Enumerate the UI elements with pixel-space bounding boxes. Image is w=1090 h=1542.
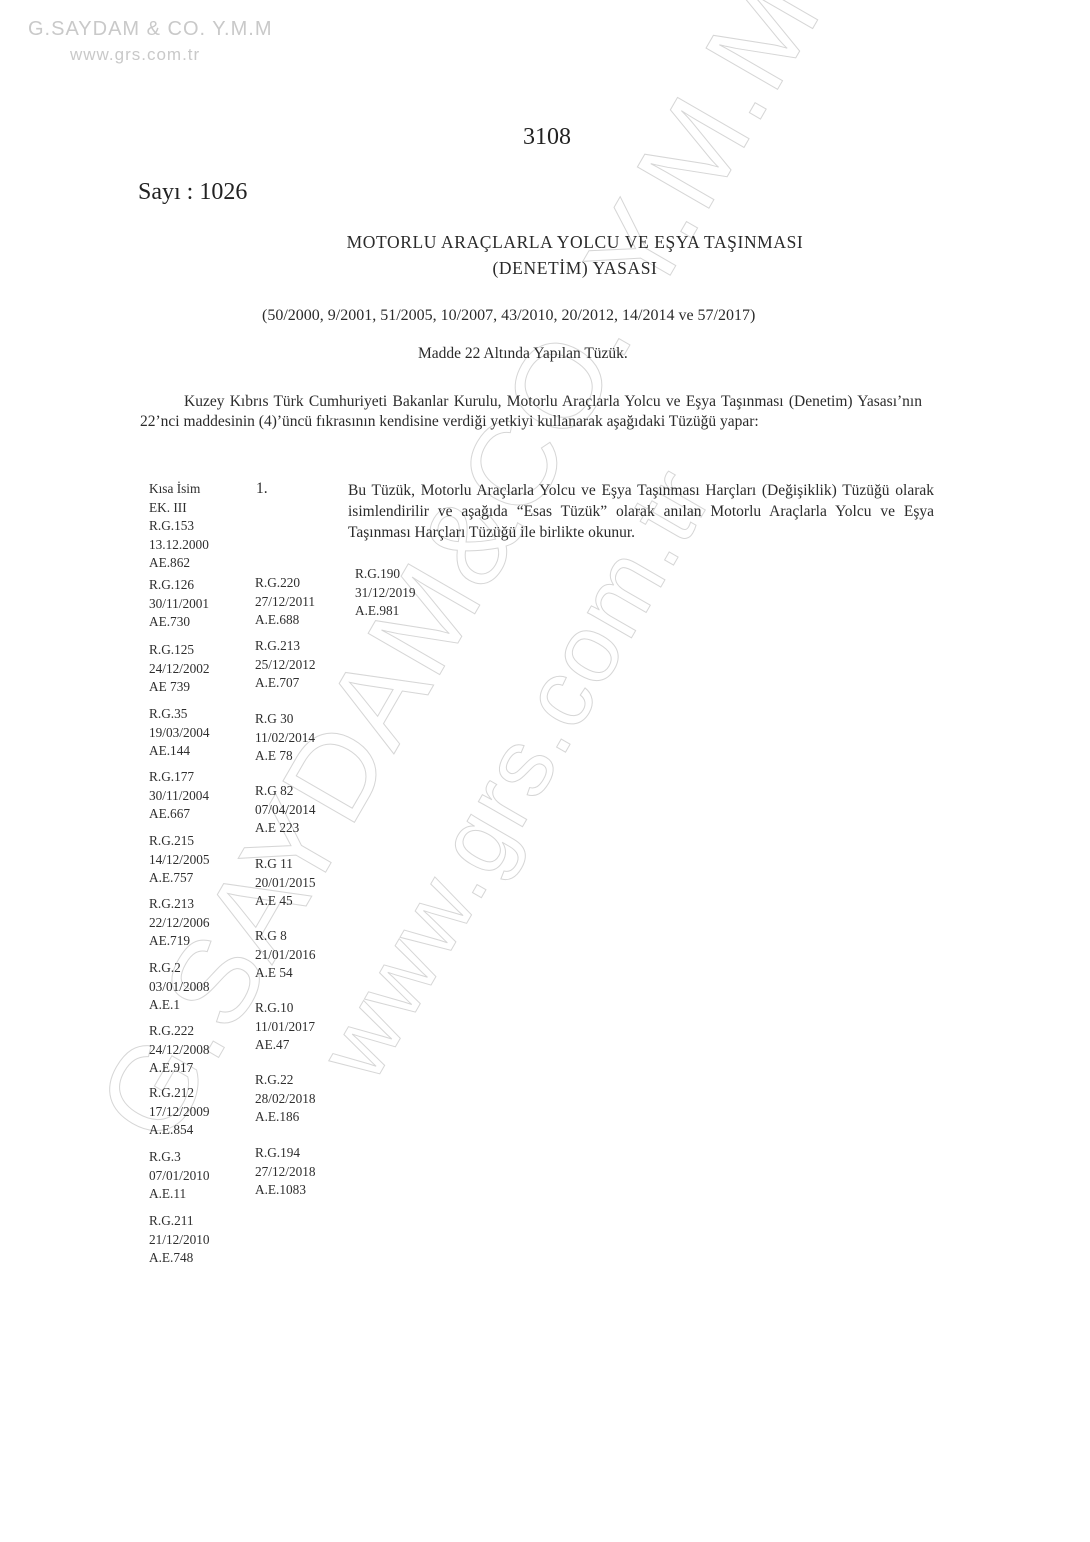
margin-ref-line: 24/12/2008 (149, 1041, 210, 1060)
margin-ref-line: A.E.917 (149, 1059, 210, 1078)
margin-ref: R.G.215 14/12/2005 A.E.757 (149, 832, 210, 888)
margin-ref-line: R.G 11 (255, 855, 316, 874)
page-number: 3108 (523, 124, 571, 151)
margin-ref-line: A.E 223 (255, 819, 316, 838)
watermark-website: www.grs.com.tr (297, 450, 734, 1097)
margin-ref-line: 03/01/2008 (149, 978, 210, 997)
margin-ref: R.G.213 25/12/2012 A.E.707 (255, 637, 316, 693)
margin-ref: R.G 82 07/04/2014 A.E 223 (255, 782, 316, 838)
margin-ref-line: 30/11/2004 (149, 787, 209, 806)
margin-ref: R.G.177 30/11/2004 AE.667 (149, 768, 209, 824)
margin-ref-line: A.E.757 (149, 869, 210, 888)
margin-ref-line: R.G.2 (149, 959, 210, 978)
margin-ref-line: R.G.153 (149, 517, 209, 536)
law-title-line2: (DENETİM) YASASI (30, 258, 1090, 279)
margin-ref-line: R.G.125 (149, 641, 210, 660)
margin-ref-line: R.G 8 (255, 927, 316, 946)
margin-ref-line: R.G 30 (255, 710, 315, 729)
margin-ref-line: 27/12/2018 (255, 1163, 316, 1182)
margin-ref-line: A.E.748 (149, 1249, 210, 1268)
margin-ref-line: R.G.212 (149, 1084, 210, 1103)
margin-ref-line: 17/12/2009 (149, 1103, 210, 1122)
margin-ref-line: AE 739 (149, 678, 210, 697)
margin-ref: R.G.222 24/12/2008 A.E.917 (149, 1022, 210, 1078)
margin-ref: R.G.22 28/02/2018 A.E.186 (255, 1071, 316, 1127)
clause-text: Bu Tüzük, Motorlu Araçlarla Yolcu ve Eşy… (348, 480, 934, 543)
margin-ref-line: 22/12/2006 (149, 914, 210, 933)
margin-ref-line: AE.862 (149, 554, 209, 573)
margin-ref-line: 07/01/2010 (149, 1167, 210, 1186)
margin-ref-line: A.E.854 (149, 1121, 210, 1140)
margin-ref-line: R.G.215 (149, 832, 210, 851)
margin-ref: R.G.126 30/11/2001 AE.730 (149, 576, 209, 632)
margin-ref-line: R.G.126 (149, 576, 209, 595)
margin-ref: R.G.10 11/01/2017 AE.47 (255, 999, 315, 1055)
margin-ref: R.G.3 07/01/2010 A.E.11 (149, 1148, 210, 1204)
margin-ref-line: 27/12/2011 (255, 593, 315, 612)
margin-ref-line: A.E.1 (149, 996, 210, 1015)
margin-ref-line: A.E.981 (355, 602, 416, 621)
margin-ref-line: R.G.213 (255, 637, 316, 656)
margin-ref-line: R.G.22 (255, 1071, 316, 1090)
margin-ref-line: AE.667 (149, 805, 209, 824)
margin-ref-line: 11/01/2017 (255, 1018, 315, 1037)
margin-ref-line: R.G.177 (149, 768, 209, 787)
margin-ref-line: R.G.222 (149, 1022, 210, 1041)
preamble-paragraph: Kuzey Kıbrıs Türk Cumhuriyeti Bakanlar K… (140, 392, 922, 432)
margin-ref-line: 21/12/2010 (149, 1231, 210, 1250)
stamp-website: www.grs.com.tr (70, 45, 200, 65)
margin-ref-line: 07/04/2014 (255, 801, 316, 820)
law-title-line1: MOTORLU ARAÇLARLA YOLCU VE EŞYA TAŞINMAS… (30, 232, 1090, 253)
margin-ref-line: A.E 78 (255, 747, 315, 766)
margin-ref-short-title: Kısa İsim EK. III R.G.153 13.12.2000 AE.… (149, 480, 209, 573)
margin-ref-line: R.G.211 (149, 1212, 210, 1231)
margin-ref-line: AE.47 (255, 1036, 315, 1055)
margin-ref-line: R.G.10 (255, 999, 315, 1018)
margin-ref-line: A.E 45 (255, 892, 316, 911)
margin-ref: R.G.2 03/01/2008 A.E.1 (149, 959, 210, 1015)
margin-ref-line: R.G.3 (149, 1148, 210, 1167)
issue-number: Sayı : 1026 (138, 179, 247, 206)
margin-ref-line: 19/03/2004 (149, 724, 210, 743)
margin-ref: R.G.213 22/12/2006 AE.719 (149, 895, 210, 951)
margin-ref-line: 11/02/2014 (255, 729, 315, 748)
margin-ref-line: R.G.194 (255, 1144, 316, 1163)
margin-ref-line: 14/12/2005 (149, 851, 210, 870)
margin-ref-line: 24/12/2002 (149, 660, 210, 679)
margin-ref-line: A.E.688 (255, 611, 315, 630)
margin-ref-line: 28/02/2018 (255, 1090, 316, 1109)
margin-ref: R.G.125 24/12/2002 AE 739 (149, 641, 210, 697)
margin-ref-line: A.E.1083 (255, 1181, 316, 1200)
margin-ref: R.G.35 19/03/2004 AE.144 (149, 705, 210, 761)
margin-ref: R.G.211 21/12/2010 A.E.748 (149, 1212, 210, 1268)
margin-ref-line: 20/01/2015 (255, 874, 316, 893)
margin-ref-line: A.E 54 (255, 964, 316, 983)
margin-ref-line: R.G.190 (355, 565, 416, 584)
margin-ref-line: AE.144 (149, 742, 210, 761)
margin-ref-line: 21/01/2016 (255, 946, 316, 965)
margin-ref-line: 30/11/2001 (149, 595, 209, 614)
margin-ref: R.G 8 21/01/2016 A.E 54 (255, 927, 316, 983)
margin-ref-line: A.E.11 (149, 1185, 210, 1204)
margin-ref: R.G.194 27/12/2018 A.E.1083 (255, 1144, 316, 1200)
amendment-list: (50/2000, 9/2001, 51/2005, 10/2007, 43/2… (262, 307, 755, 325)
margin-ref: R.G.212 17/12/2009 A.E.854 (149, 1084, 210, 1140)
margin-ref: R.G 30 11/02/2014 A.E 78 (255, 710, 315, 766)
margin-ref-line: 13.12.2000 (149, 536, 209, 555)
clause-number: 1. (256, 480, 268, 498)
margin-ref-line: 25/12/2012 (255, 656, 316, 675)
regulation-subtitle: Madde 22 Altında Yapılan Tüzük. (418, 345, 628, 363)
margin-ref-line: EK. III (149, 499, 209, 518)
margin-ref-line: R.G.35 (149, 705, 210, 724)
margin-ref-line: R.G 82 (255, 782, 316, 801)
stamp-company-name: G.SAYDAM & CO. Y.M.M (28, 18, 273, 41)
margin-ref: R.G.190 31/12/2019 A.E.981 (355, 565, 416, 621)
margin-ref-line: 31/12/2019 (355, 584, 416, 603)
margin-ref: R.G 11 20/01/2015 A.E 45 (255, 855, 316, 911)
margin-ref-line: R.G.220 (255, 574, 315, 593)
margin-ref-line: AE.730 (149, 613, 209, 632)
margin-ref-line: A.E.707 (255, 674, 316, 693)
margin-ref-line: AE.719 (149, 932, 210, 951)
margin-ref-line: A.E.186 (255, 1108, 316, 1127)
margin-ref-line: Kısa İsim (149, 480, 209, 499)
margin-ref: R.G.220 27/12/2011 A.E.688 (255, 574, 315, 630)
margin-ref-line: R.G.213 (149, 895, 210, 914)
